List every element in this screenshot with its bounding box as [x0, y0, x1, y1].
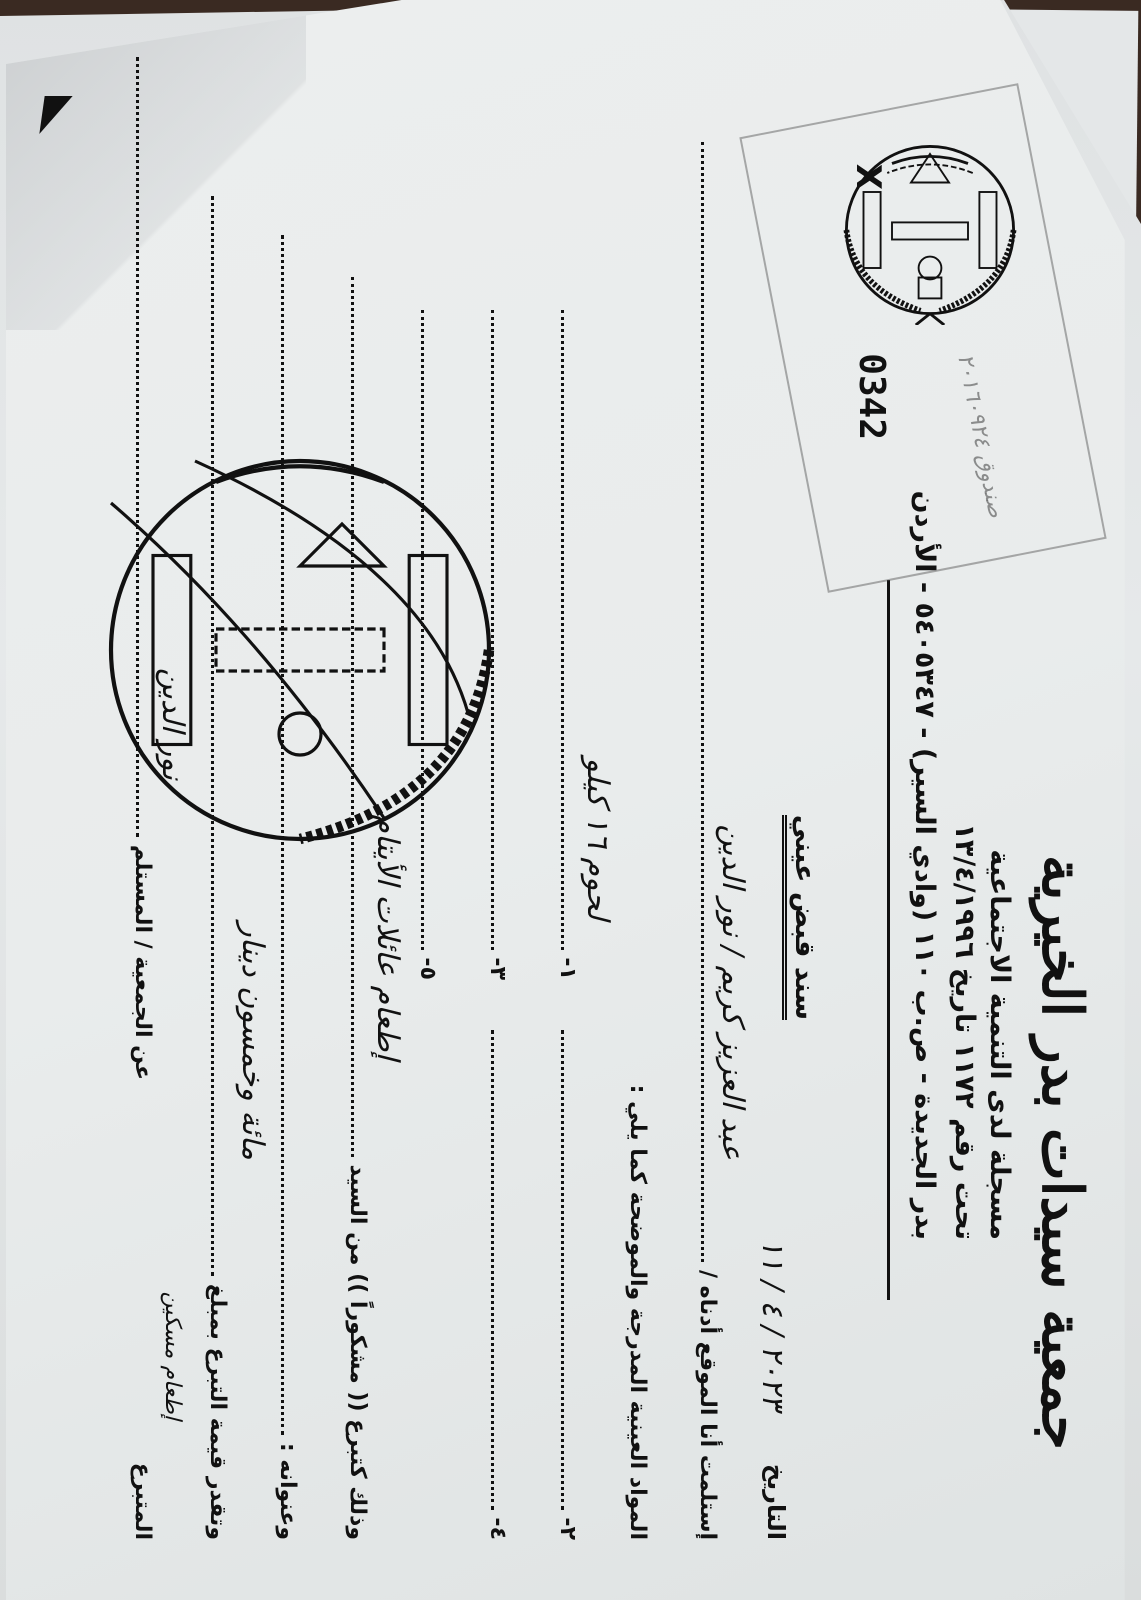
value-amount: مائة وخمسون دينار [235, 922, 270, 1160]
value-row: وتقدر قيمة التبرع بمبلغ [205, 196, 230, 1540]
date-label: التاريخ [762, 1464, 790, 1540]
item-field[interactable] [561, 1030, 565, 1510]
donor-label: وذلك كتبرع (( مشكوراً )) من السيد [345, 1165, 370, 1540]
received-field[interactable] [701, 142, 705, 1262]
address-label: وعنوانه : [275, 1443, 300, 1540]
signature-label: عن الجمعية / المستلم [130, 845, 155, 1080]
organization-address: بدر الجديدة - ص.ب ١١٠ (وادي السير) - ٥٤٠… [909, 491, 940, 1240]
corner-triangle-mark [39, 96, 72, 134]
item-1-value: لحوم ١٦ كيلو [580, 757, 615, 920]
address-row: وعنوانه : [275, 235, 300, 1540]
header-divider [887, 580, 890, 1300]
item-index: ٤- [485, 1517, 510, 1540]
received-stamp-text: صندوق ٢٠١٦٠٩٢٤ [952, 352, 1008, 520]
donor-sign-value: إطعام مسكين [160, 1292, 185, 1421]
association-stamp-icon [90, 440, 510, 860]
donor-sign-label: المتبرع [130, 1463, 155, 1540]
document-type: سند قبض عيني [782, 815, 820, 1020]
received-stamp: صندوق ٢٠١٦٠٩٢٤ [739, 83, 1106, 593]
date-value: ٢٠٢٣ / ٤ / ١١ [755, 1239, 790, 1410]
item-field[interactable] [561, 310, 565, 950]
item-2: ٢- [555, 1030, 580, 1540]
registration-number: تحت رقم ١١٧٢ تاريخ ١٣/٤/١٩٩٦ [949, 823, 980, 1240]
item-index: ٥- [415, 957, 440, 980]
item-field[interactable] [491, 1030, 495, 1510]
received-value: عبد العزيز كريم / نور الدين [715, 824, 750, 1160]
item-index: ١- [555, 957, 580, 980]
item-1: ١- [555, 310, 580, 980]
registration-line: مسجلة لدى التنمية الاجتماعية [984, 849, 1015, 1240]
item-index: ٣- [485, 957, 510, 980]
received-label: إستلمت أنا الموقع أدناه / [695, 1270, 720, 1540]
item-index: ٢- [555, 1517, 580, 1540]
materials-label: المواد العينية المدرجة والموضحة كما يلي … [625, 1085, 650, 1540]
item-4: ٤- [485, 1030, 510, 1540]
receipt-document: جمعية سيدات بدر الخيرية مسجلة لدى التنمي… [80, 90, 1120, 1540]
organization-name: جمعية سيدات بدر الخيرية [1029, 855, 1095, 1450]
value-label: وتقدر قيمة التبرع بمبلغ [205, 1284, 230, 1540]
